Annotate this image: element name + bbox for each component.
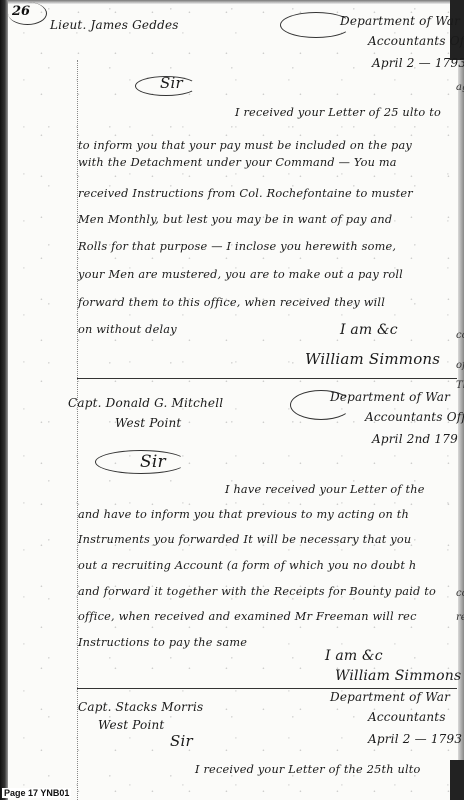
letter1-body-line: your Men are mustered, you are to make o… (78, 268, 403, 281)
letter1-salutation: Sir (160, 74, 183, 92)
letter1-body-line: Men Monthly, but lest you may be in want… (78, 213, 392, 226)
letter1-body-line: with the Detachment under your Command —… (78, 156, 397, 169)
letter2-body-line: office, when received and examined Mr Fr… (78, 610, 417, 623)
letter1-addressee: Lieut. James Geddes (50, 18, 179, 32)
letter2-date: April 2nd 179 (372, 432, 458, 446)
letter1-signature: William Simmons (305, 350, 440, 368)
letter1-department: Department of War (340, 14, 460, 28)
letter2-addressee: Capt. Donald G. Mitchell (68, 396, 223, 410)
page-left-edge (0, 0, 8, 800)
document-page: 26 Lieut. James Geddes Department of War… (0, 0, 464, 800)
page-top-edge (0, 0, 464, 4)
letter2-body-line: Instruments you forwarded It will be nec… (78, 533, 411, 546)
letter2-location: West Point (115, 416, 181, 430)
letter2-body-line: I have received your Letter of the (225, 483, 425, 496)
letter2-body-line: and have to inform you that previous to … (78, 508, 409, 521)
letter1-body-line: I received your Letter of 25 ulto to (235, 106, 441, 119)
page-bottom-shadow (450, 760, 464, 800)
margin-note: re (456, 612, 464, 623)
letter3-body-line: I received your Letter of the 25th ulto (195, 763, 421, 776)
page-label: Page 17 YNB01 (2, 788, 71, 798)
letter1-body-line: on without delay (78, 323, 177, 336)
letter1-body-line: to inform you that your pay must be incl… (78, 139, 412, 152)
letter2-closing: I am &c (325, 648, 383, 664)
letter2-department: Department of War (330, 390, 450, 404)
margin-note: of (456, 360, 464, 371)
letter-divider (77, 688, 457, 689)
letter2-signature: William Simmons (335, 668, 461, 684)
margin-note: Th (456, 380, 464, 391)
letter2-body-line: out a recruiting Account (a form of whic… (78, 559, 416, 572)
letter1-body-line: Rolls for that purpose — I inclose you h… (78, 240, 396, 253)
margin-note: co (456, 588, 464, 599)
letter2-body-line: and forward it together with the Receipt… (78, 585, 436, 598)
letter1-department-office: Accountants Office (368, 34, 464, 48)
folio-number: 26 (8, 2, 47, 25)
letter1-body-line: forward them to this office, when receiv… (78, 296, 385, 309)
letter1-date: April 2 — 1793 (372, 56, 464, 70)
letter1-closing: I am &c (340, 322, 398, 338)
letter3-department: Department of War (330, 690, 450, 704)
letter2-department-office: Accountants Office (365, 410, 464, 424)
letter-divider (77, 378, 457, 379)
margin-note: co (456, 330, 464, 341)
margin-note: ag (456, 82, 464, 93)
margin-line (77, 60, 78, 800)
letter2-salutation: Sir (140, 452, 166, 472)
letter2-body-line: Instructions to pay the same (78, 636, 247, 649)
letter3-salutation: Sir (170, 732, 193, 750)
letter3-date: April 2 — 1793 (368, 732, 462, 746)
page-corner-shadow (450, 0, 464, 60)
letter3-department-office: Accountants (368, 710, 446, 724)
letter3-location: West Point (98, 718, 164, 732)
letter1-body-line: received Instructions from Col. Rochefon… (78, 187, 413, 200)
letter3-addressee: Capt. Stacks Morris (78, 700, 203, 714)
